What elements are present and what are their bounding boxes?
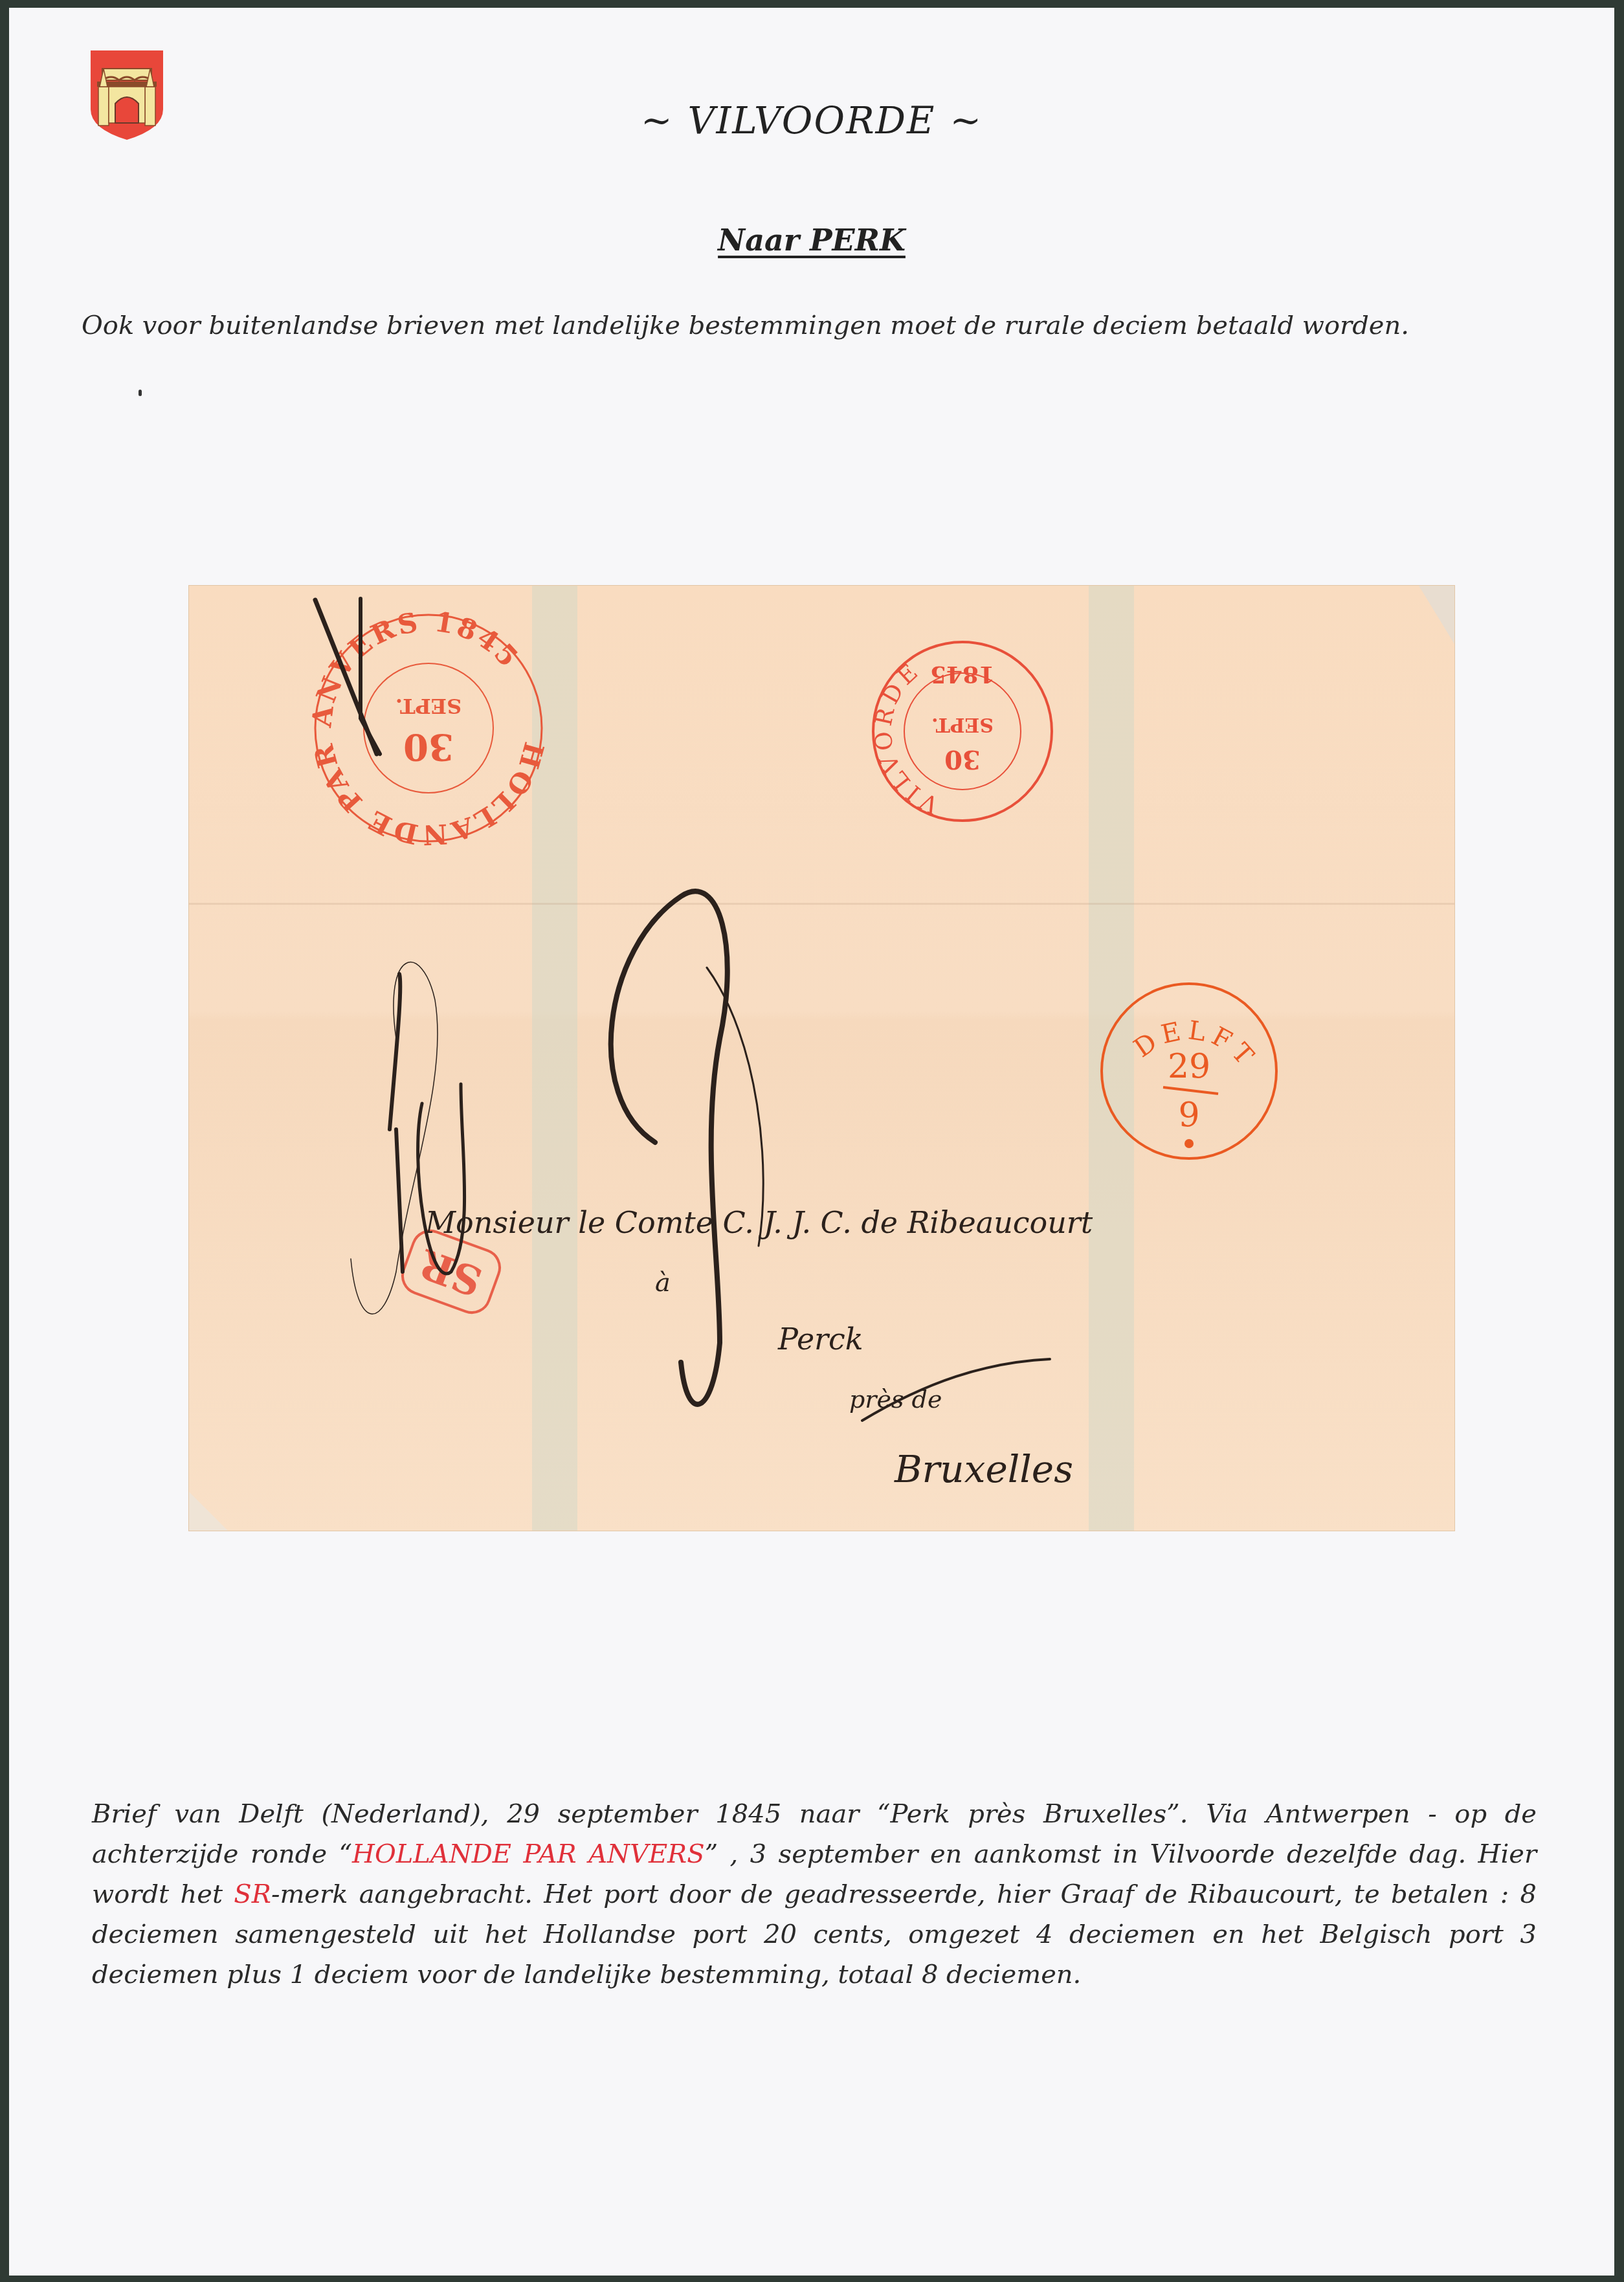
title-ornament-left: ~: [641, 98, 674, 142]
svg-text:1845: 1845: [930, 661, 995, 688]
envelope-cover: HOLLANDE PAR ANVERS 1845 30 SEPT. VILVOR…: [189, 586, 1454, 1531]
postmark-hollande-par-anvers: HOLLANDE PAR ANVERS 1845 30 SEPT.: [306, 606, 550, 851]
svg-text:9: 9: [1178, 1096, 1199, 1135]
postmark-vilvorde: VILVORDE 30 SEPT. 1845: [870, 642, 1052, 821]
address-line-5: Bruxelles: [894, 1447, 1073, 1491]
intro-text: Ook voor buitenlandse brieven met landel…: [82, 311, 1570, 340]
svg-text:29: 29: [1168, 1047, 1210, 1086]
address-line-3: Perck: [777, 1322, 863, 1357]
address-line-4: près de: [849, 1385, 942, 1413]
page-title: ~VILVOORDE~: [9, 98, 1614, 142]
address-line-1: Monsieur le Comte C. J. J. C. de Ribeauc…: [425, 1205, 1093, 1240]
svg-text:30: 30: [403, 726, 454, 768]
svg-text:SEPT.: SEPT.: [931, 713, 994, 736]
address-line-2: à: [655, 1268, 671, 1298]
page-subtitle: Naar PERK: [9, 223, 1614, 258]
page-title-text: VILVOORDE: [688, 98, 936, 142]
speck: [139, 390, 142, 396]
postmark-delft: DELFT 29 9: [1102, 984, 1276, 1158]
highlight-sr: SR: [234, 1879, 271, 1909]
description-segment: -merk aangebracht. Het port door de gead…: [92, 1879, 1537, 1989]
highlight-hollande-par-anvers: HOLLANDE PAR ANVERS: [352, 1839, 705, 1869]
manuscript-address: Monsieur le Comte C. J. J. C. de Ribeauc…: [425, 1205, 1093, 1491]
album-page: ~VILVOORDE~ Naar PERK Ook voor buitenlan…: [9, 8, 1614, 2276]
description-text: Brief van Delft (Nederland), 29 septembe…: [92, 1794, 1537, 1995]
title-ornament-right: ~: [950, 98, 983, 142]
svg-text:SEPT.: SEPT.: [395, 694, 462, 718]
svg-text:30: 30: [944, 744, 981, 775]
